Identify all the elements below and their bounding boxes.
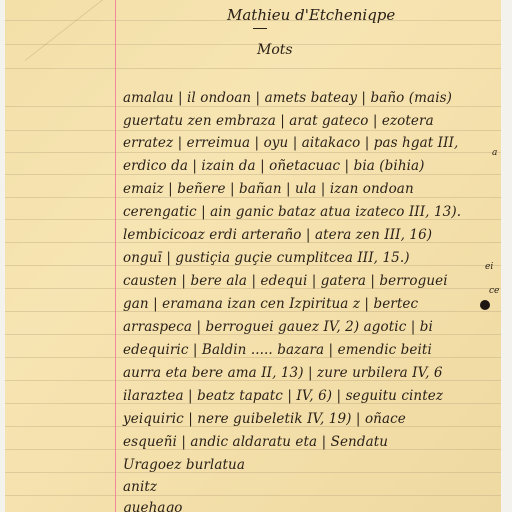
ink-blot [480, 300, 490, 310]
text-line: erdico da | izain da | oñetacuac | bia (… [123, 158, 425, 174]
text-line: ilaraztea | beatz tapatc | IV, 6) | segu… [123, 388, 443, 404]
page-subtitle: Mots [257, 42, 293, 58]
ruled-line [5, 130, 501, 131]
paper-fold [25, 0, 112, 61]
text-line: aurra eta bere ama II, 13) | zure urbile… [123, 365, 443, 381]
manuscript-page: Mathieu d'Etcheniqpe Mots amalau | il on… [5, 0, 501, 512]
ruled-line [5, 68, 501, 69]
text-line: causten | bere ala | edequi | gatera | b… [123, 273, 448, 289]
text-line: onguī | gustiçia guçie cumplitcea III, 1… [123, 250, 410, 266]
superscript-note: ce [489, 286, 499, 296]
text-line: anitz [123, 479, 157, 495]
ruled-line [5, 197, 501, 198]
ruled-line [5, 152, 501, 153]
text-line: Uragoez burlatua [123, 457, 245, 473]
superscript-note: ei [485, 262, 493, 272]
ruled-line [5, 472, 501, 473]
text-line: erratez | erreimua | oyu | aitakaco | pa… [123, 135, 458, 151]
text-line: edequiric | Baldin ..... bazara | emendi… [123, 342, 432, 358]
text-line: guehago [123, 500, 183, 512]
ruled-line [5, 44, 501, 45]
text-line: esqueñi | andic aldaratu eta | Sendatu [123, 434, 388, 450]
text-line: yeiquiric | nere guibeletik IV, 19) | oñ… [123, 411, 406, 427]
text-line: gan | eramana izan cen Izpiritua z | ber… [123, 296, 418, 312]
superscript-note: a [492, 148, 497, 158]
margin-line [115, 0, 116, 512]
text-line: arraspeca | berroguei gauez IV, 2) agoti… [123, 319, 433, 335]
page-title: Mathieu d'Etcheniqpe [227, 6, 395, 24]
text-line: emaiz | beñere | bañan | ula | izan ondo… [123, 181, 414, 197]
ruled-line [5, 174, 501, 175]
title-dash [253, 28, 267, 29]
text-line: lembicicoaz erdi arteraño | atera zen II… [123, 227, 432, 243]
ruled-line [5, 106, 501, 107]
text-line: guertatu zen embraza | arat gateco | ezo… [123, 113, 434, 129]
ruled-line [5, 495, 501, 496]
text-line: amalau | il ondoan | amets bateay | baño… [123, 90, 452, 106]
text-line: cerengatic | ain ganic bataz atua izatec… [123, 204, 461, 220]
